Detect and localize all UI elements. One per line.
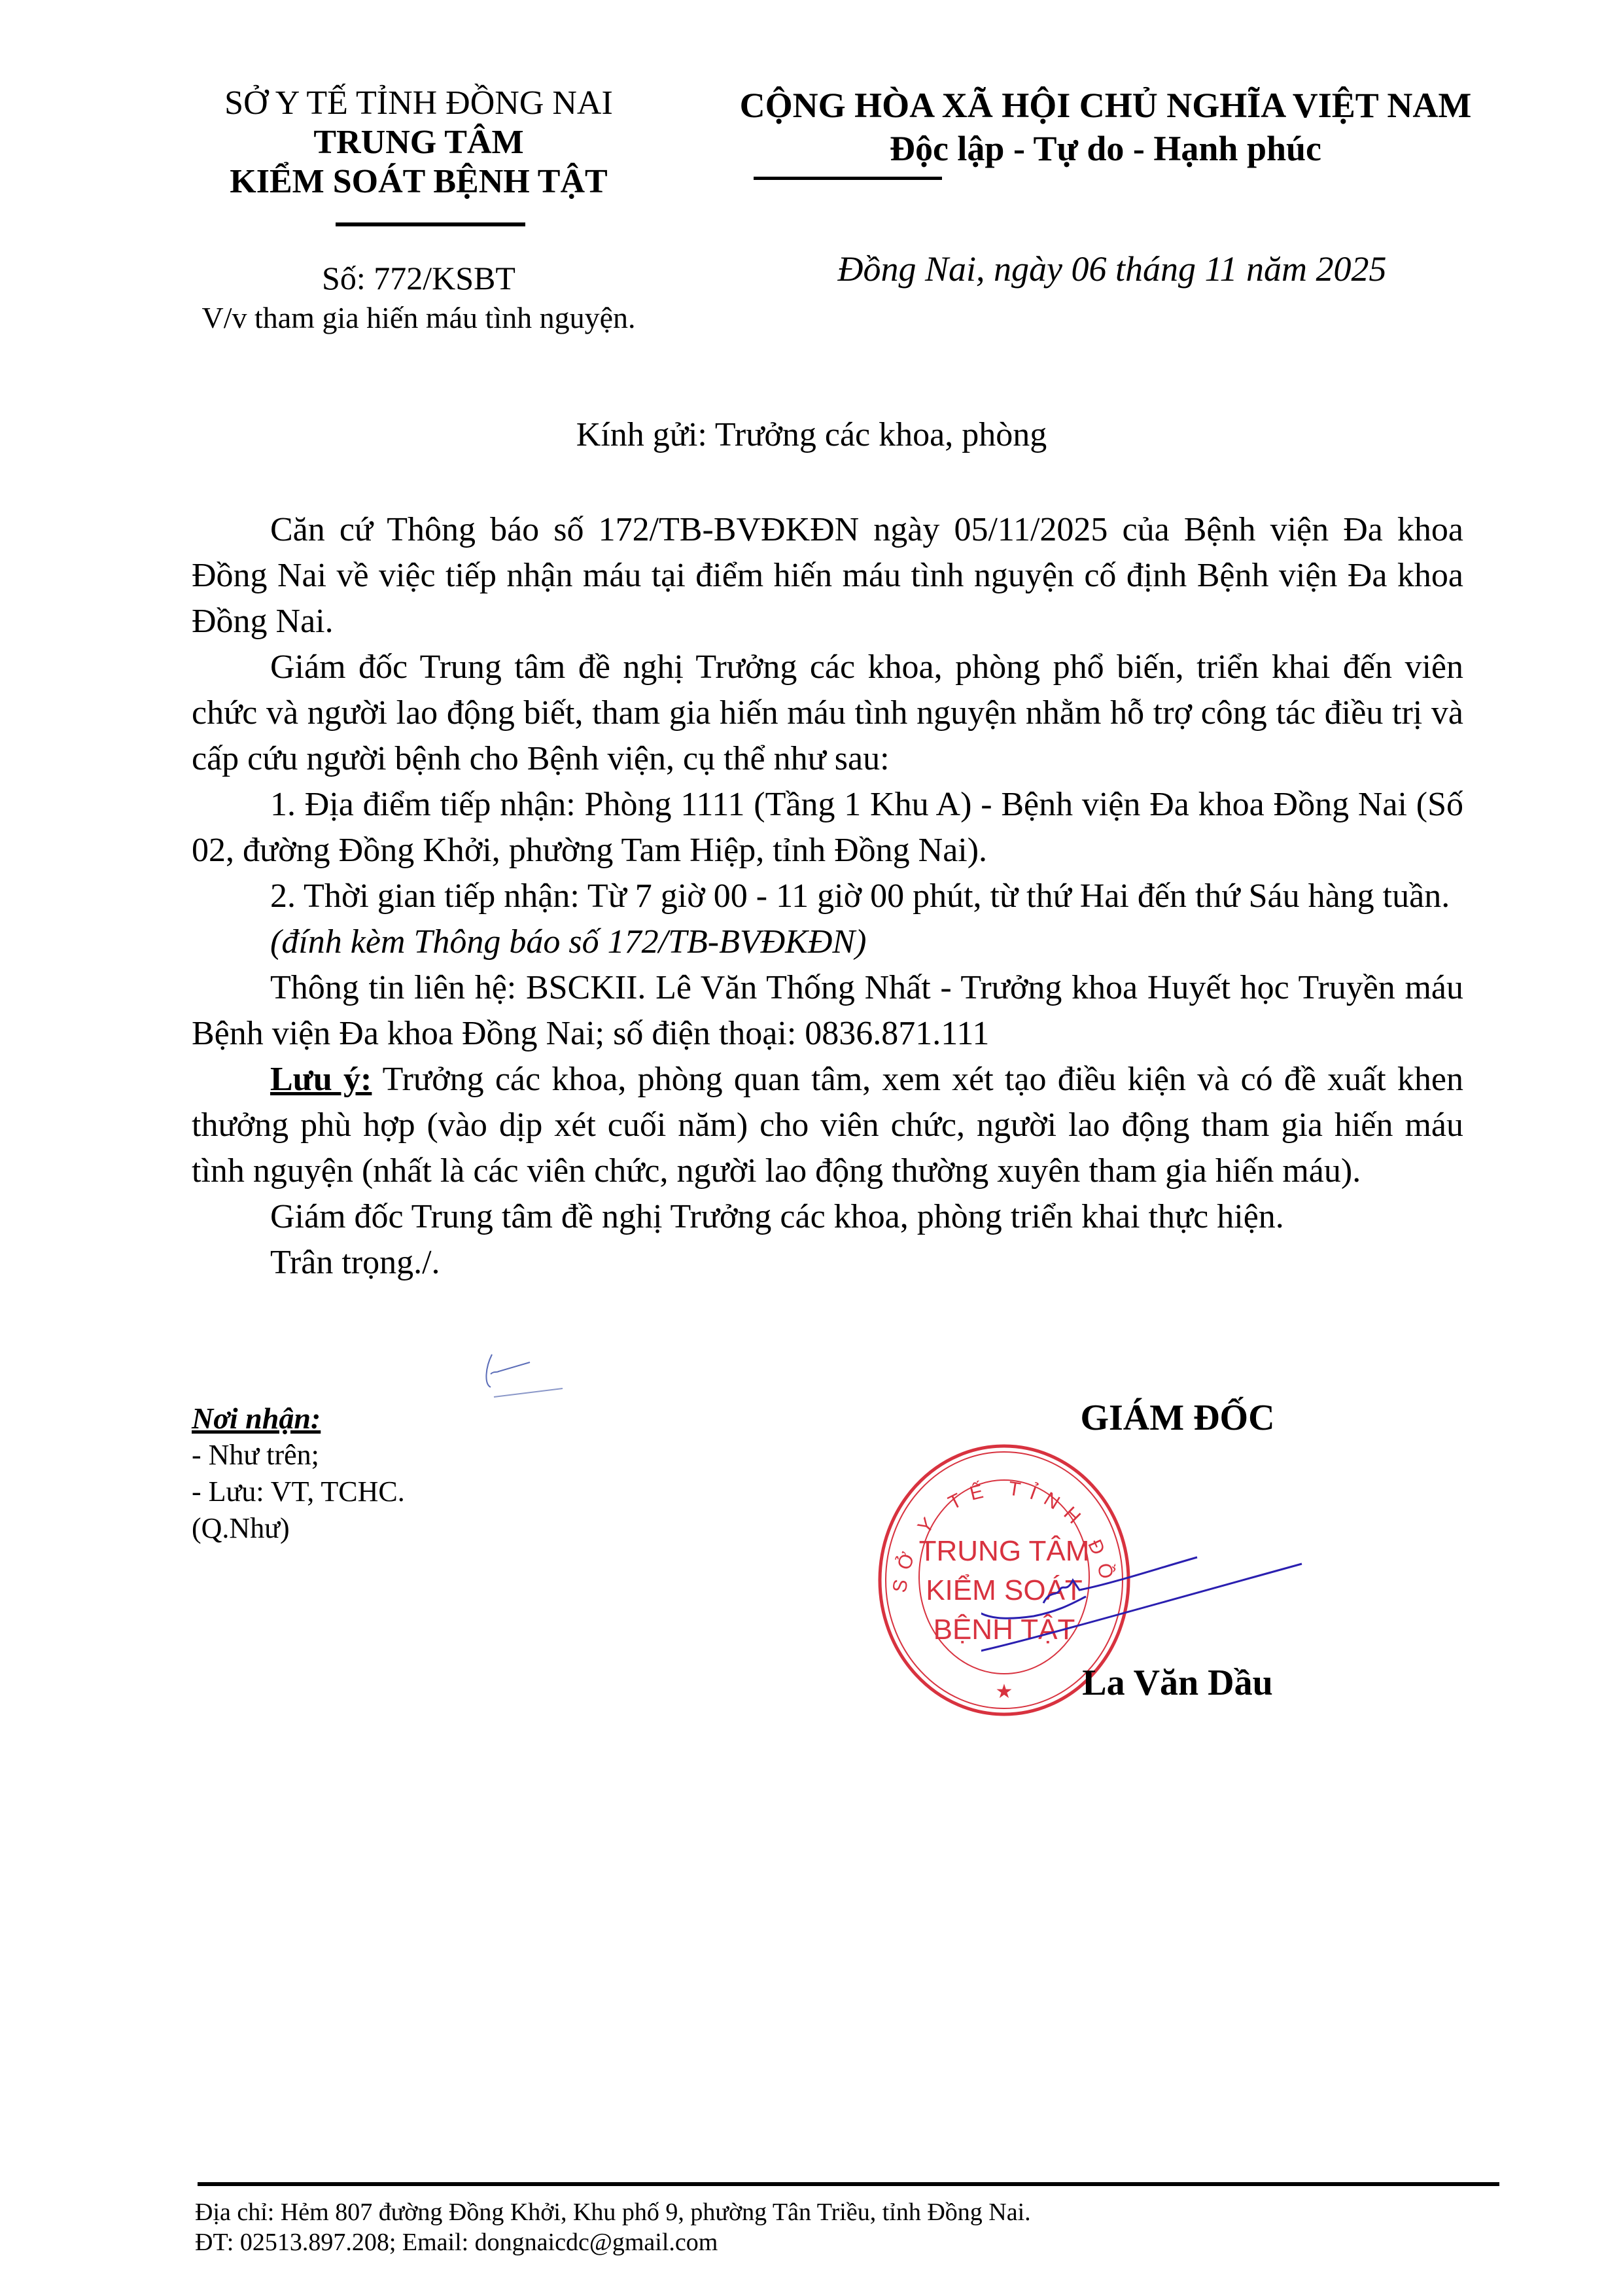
org-name-line2: KIỂM SOÁT BỆNH TẬT xyxy=(164,162,674,202)
signer-title: GIÁM ĐỐC xyxy=(1047,1397,1308,1439)
signer-name: La Văn Dầu xyxy=(1047,1662,1308,1704)
footer-block: Địa chỉ: Hẻm 807 đường Đồng Khởi, Khu ph… xyxy=(195,2197,1031,2257)
parent-agency: SỞ Y TẾ TỈNH ĐỒNG NAI xyxy=(164,84,674,123)
document-subject: V/v tham gia hiến máu tình nguyện. xyxy=(164,300,674,336)
footer-contact: ĐT: 02513.897.208; Email: dongnaicdc@gma… xyxy=(195,2227,1031,2257)
national-motto: Độc lập - Tự do - Hạnh phúc xyxy=(687,127,1524,170)
body-attachment-note: (đính kèm Thông báo số 172/TB-BVĐKĐN) xyxy=(192,919,1463,965)
recipient-line: Kính gửi: Trưởng các khoa, phòng xyxy=(0,415,1623,454)
header-right-divider xyxy=(754,177,942,180)
body-closing: Trân trọng./. xyxy=(192,1240,1463,1286)
recipients-block: Nơi nhận: - Như trên; - Lưu: VT, TCHC. (… xyxy=(192,1400,405,1547)
body-closing-request: Giám đốc Trung tâm đề nghị Trưởng các kh… xyxy=(192,1194,1463,1240)
issuing-agency-block: SỞ Y TẾ TỈNH ĐỒNG NAI TRUNG TÂM KIỂM SOÁ… xyxy=(164,84,674,202)
recipient-item: (Q.Như) xyxy=(192,1510,405,1547)
document-number: Số: 772/KSBT xyxy=(164,258,674,298)
country-name: CỘNG HÒA XÃ HỘI CHỦ NGHĨA VIỆT NAM xyxy=(687,84,1524,127)
body-note-paragraph: Lưu ý: Trưởng các khoa, phòng quan tâm, … xyxy=(192,1057,1463,1194)
org-name-line1: TRUNG TÂM xyxy=(164,123,674,162)
body-paragraph-basis: Căn cứ Thông báo số 172/TB-BVĐKĐN ngày 0… xyxy=(192,507,1463,645)
body-contact-info: Thông tin liên hệ: BSCKII. Lê Văn Thống … xyxy=(192,965,1463,1057)
recipients-title: Nơi nhận: xyxy=(192,1400,405,1437)
recipient-item: - Lưu: VT, TCHC. xyxy=(192,1474,405,1510)
body-paragraph-location: 1. Địa điểm tiếp nhận: Phòng 1111 (Tầng … xyxy=(192,782,1463,874)
note-label: Lưu ý: xyxy=(270,1061,372,1098)
body-paragraph-request: Giám đốc Trung tâm đề nghị Trưởng các kh… xyxy=(192,645,1463,782)
handwritten-signature-icon xyxy=(981,1492,1308,1655)
svg-text:★: ★ xyxy=(996,1681,1013,1703)
footer-address: Địa chỉ: Hẻm 807 đường Đồng Khởi, Khu ph… xyxy=(195,2197,1031,2227)
place-and-date: Đồng Nai, ngày 06 tháng 11 năm 2025 xyxy=(687,249,1537,289)
body-paragraph-time: 2. Thời gian tiếp nhận: Từ 7 giờ 00 - 11… xyxy=(192,874,1463,919)
document-body: Căn cứ Thông báo số 172/TB-BVĐKĐN ngày 0… xyxy=(192,507,1463,1286)
national-header-block: CỘNG HÒA XÃ HỘI CHỦ NGHĨA VIỆT NAM Độc l… xyxy=(687,84,1524,170)
initial-signature-icon xyxy=(484,1348,615,1400)
note-text: Trưởng các khoa, phòng quan tâm, xem xét… xyxy=(192,1061,1463,1190)
recipient-item: - Như trên; xyxy=(192,1437,405,1474)
footer-divider xyxy=(198,2182,1499,2186)
header-left-divider xyxy=(336,222,525,226)
